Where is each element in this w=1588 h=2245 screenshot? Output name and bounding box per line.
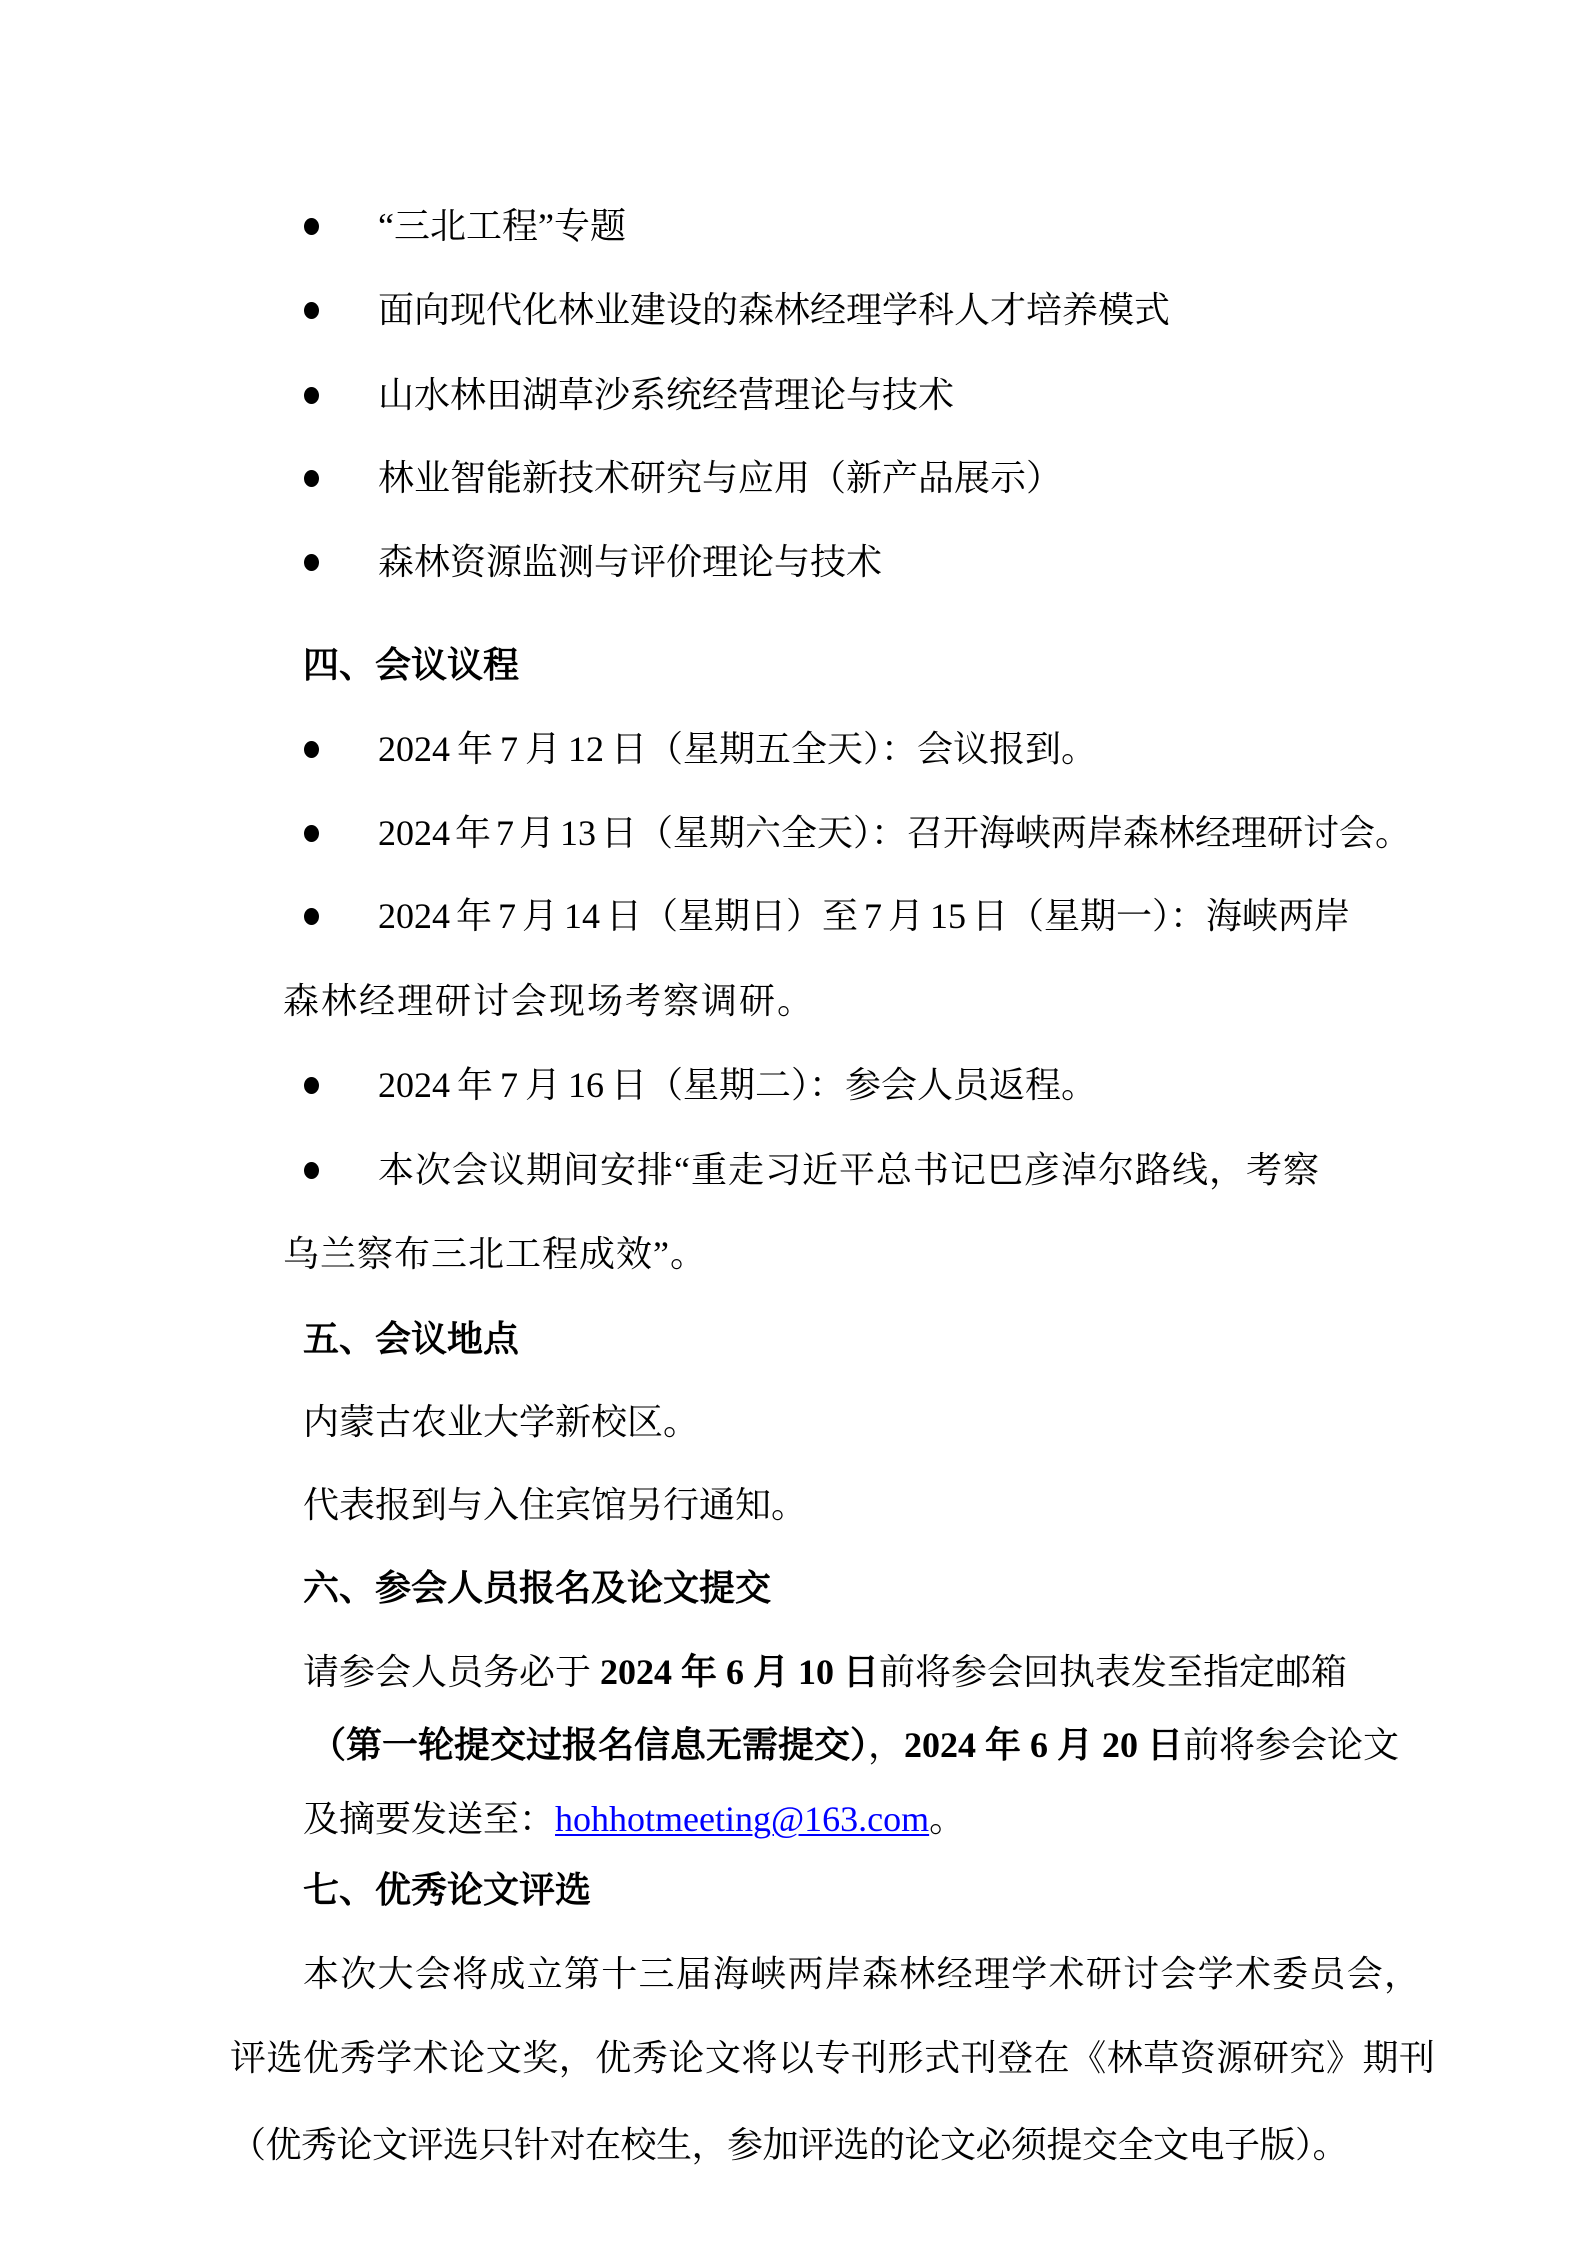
topic-item: 林业智能新技术研究与应用（新产品展示）	[378, 456, 1062, 500]
bullet-icon	[304, 554, 319, 571]
bullet-icon	[304, 1077, 319, 1094]
award-paragraph-line: （优秀论文评选只针对在校生，参加评选的论文必须提交全文电子版）。	[230, 2123, 1348, 2167]
registration-text: 前将参会论文	[1183, 1725, 1399, 1765]
section-heading-registration: 六、参会人员报名及论文提交	[303, 1566, 771, 1610]
topic-item: 山水林田湖草沙系统经营理论与技术	[378, 373, 954, 417]
bullet-icon	[304, 741, 319, 758]
agenda-item: 2024 年 7 月 13 日（星期六全天）：召开海峡两岸森林经理研讨会。	[378, 811, 1411, 855]
venue-line: 内蒙古农业大学新校区。	[303, 1400, 699, 1444]
agenda-item: 2024 年 7 月 14 日（星期日）至 7 月 15 日（星期一）：海峡两岸	[378, 894, 1350, 938]
award-paragraph-line: 评选优秀学术论文奖，优秀论文将以专刊形式刊登在《林草资源研究》期刊	[230, 2036, 1435, 2080]
section-heading-agenda: 四、会议议程	[303, 643, 519, 687]
registration-line-3: 及摘要发送至：hohhotmeeting@163.com。	[303, 1797, 965, 1841]
bullet-icon	[304, 218, 319, 235]
agenda-item: 本次会议期间安排“重走习近平总书记巴彦淖尔路线，考察	[378, 1148, 1320, 1192]
agenda-item-continuation: 森林经理研讨会现场考察调研。	[283, 979, 815, 1023]
topic-item: “三北工程”专题	[378, 204, 626, 248]
registration-line-1: 请参会人员务必于 2024 年 6 月 10 日前将参会回执表发至指定邮箱	[303, 1650, 1347, 1694]
registration-deadline: 2024 年 6 月 10 日	[600, 1652, 879, 1692]
section-heading-venue: 五、会议地点	[303, 1317, 519, 1361]
bullet-icon	[304, 825, 319, 842]
award-paragraph-line: 本次大会将成立第十三届海峡两岸森林经理学术研讨会学术委员会，	[303, 1952, 1420, 1996]
agenda-item: 2024 年 7 月 12 日（星期五全天）：会议报到。	[378, 727, 1097, 771]
topic-item: 森林资源监测与评价理论与技术	[378, 540, 882, 584]
venue-line: 代表报到与入住宾馆另行通知。	[303, 1483, 807, 1527]
paper-deadline: 2024 年 6 月 20 日	[904, 1725, 1183, 1765]
bullet-icon	[304, 908, 319, 925]
registration-text: 。	[929, 1799, 965, 1839]
registration-text: 前将参会回执表发至指定邮箱	[879, 1652, 1347, 1692]
agenda-item: 2024 年 7 月 16 日（星期二）：参会人员返程。	[378, 1063, 1097, 1107]
registration-text: 请参会人员务必于	[303, 1652, 600, 1692]
bullet-icon	[304, 302, 319, 319]
registration-text: 及摘要发送至：	[303, 1799, 555, 1839]
bullet-icon	[304, 470, 319, 487]
bullet-icon	[304, 1162, 319, 1179]
agenda-item-continuation: 乌兰察布三北工程成效”。	[283, 1232, 707, 1276]
registration-line-2: （第一轮提交过报名信息无需提交），2024 年 6 月 20 日前将参会论文	[310, 1723, 1399, 1767]
bullet-icon	[304, 387, 319, 404]
email-link[interactable]: hohhotmeeting@163.com	[555, 1799, 929, 1839]
registration-text: ，	[868, 1725, 904, 1765]
registration-note: （第一轮提交过报名信息无需提交）	[310, 1725, 868, 1765]
section-heading-award: 七、优秀论文评选	[303, 1868, 591, 1912]
topic-item: 面向现代化林业建设的森林经理学科人才培养模式	[378, 288, 1170, 332]
